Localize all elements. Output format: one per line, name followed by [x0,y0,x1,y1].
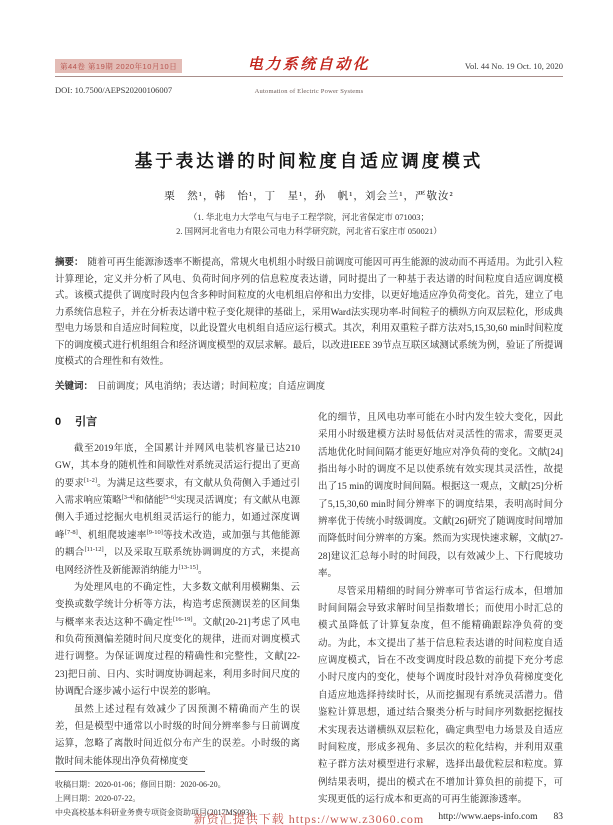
header-rule [55,76,563,77]
authors-line: 栗 然¹，韩 怡¹，丁 星¹，孙 帆¹，刘会兰¹，严敬汝² [55,188,563,203]
footnote-received: 收稿日期：2020-01-06；修回日期：2020-06-20。 [55,778,300,792]
doi-text: DOI: 10.7500/AEPS20200106007 [55,85,172,95]
paper-page: 第44卷 第19期 2020年10月10日 电力系统自动化 Vol. 44 No… [0,0,613,825]
volume-info-en: Vol. 44 No. 19 Oct. 10, 2020 [465,61,563,73]
section-heading: 0引言 [55,412,300,432]
issue-badge: 第44卷 第19期 2020年10月10日 [55,59,182,73]
section-number: 0 [55,416,61,428]
paper-title: 基于表达谱的时间粒度自适应调度模式 [55,148,563,173]
page-number: 83 [554,809,564,825]
left-column: 0引言 截至2019年底，全国累计并网风电装机容量已达210 GW，其本身的随机… [55,410,300,800]
keywords-label: 关键词： [55,381,93,392]
affiliation-2: 2. 国网河北省电力有限公司电力科学研究院，河北省石家庄市 050021） [55,225,563,239]
paragraph: 化的细节，且风电功率可能在小时内发生较大变化，因此采用小时级建模方法时易低估对灵… [318,410,563,584]
paragraph: 截至2019年底，全国累计并网风电装机容量已达210 GW，其本身的随机性和间歇… [55,441,300,580]
paragraph: 虽然上述过程有效减少了因预测不精确而产生的误差，但是模型中通常以小时级的时间分辨… [55,702,300,772]
footer-url: http://www.aeps-info.com [438,809,537,825]
journal-name-en: Automation of Electric Power Systems [255,88,364,95]
journal-header: 第44卷 第19期 2020年10月10日 电力系统自动化 Vol. 44 No… [55,56,563,98]
paragraph: 为处理风电的不确定性，大多数文献利用模糊集、云变换或数学统计分析等方法，构造考虑… [55,580,300,702]
abstract-label: 摘要： [55,257,84,268]
abstract: 摘要：随着可再生能源渗透率不断提高，常规火电机组小时级日前调度可能因可再生能源的… [55,255,563,371]
abstract-text: 随着可再生能源渗透率不断提高，常规火电机组小时级日前调度可能因可再生能源的波动而… [55,258,563,367]
paragraph: 尽管采用精细的时间分辨率可节省运行成本，但增加时间间隔会导致求解时间呈指数增长；… [318,584,563,810]
keywords-text: 日前调度；风电消纳；表达谱；时间粒度；自适应调度 [97,382,325,392]
right-column: 化的细节，且风电功率可能在小时内发生较大变化，因此采用小时级建模方法时易低估对灵… [318,410,563,800]
journal-logo: 电力系统自动化 [248,57,371,73]
affiliations: （1. 华北电力大学电气与电子工程学院，河北省保定市 071003； 2. 国网… [55,211,563,238]
affiliation-1: （1. 华北电力大学电气与电子工程学院，河北省保定市 071003； [55,211,563,225]
footnote-online: 上网日期：2020-07-22。 [55,792,300,806]
keywords-line: 关键词：日前调度；风电消纳；表达谱；时间粒度；自适应调度 [55,378,563,392]
body-columns: 0引言 截至2019年底，全国累计并网风电装机容量已达210 GW，其本身的随机… [55,410,563,800]
section-title: 引言 [75,416,97,428]
